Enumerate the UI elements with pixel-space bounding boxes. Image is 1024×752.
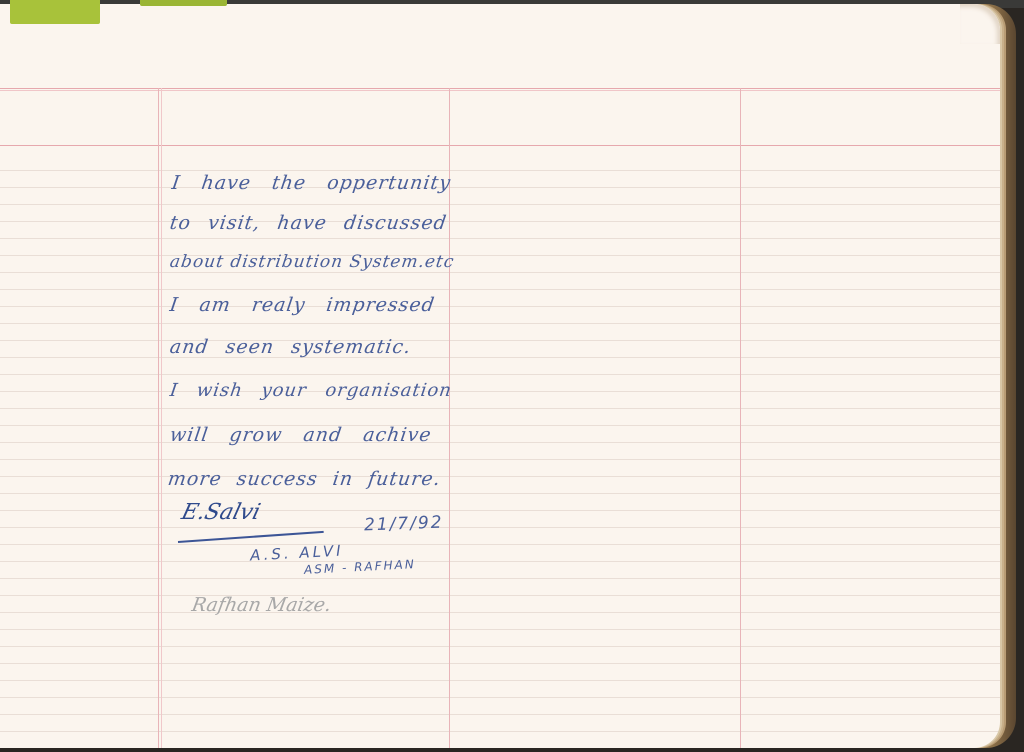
page-header-area	[0, 4, 1000, 148]
header-rule-bottom	[0, 145, 1000, 146]
entry-line: I wish your organisation	[169, 380, 454, 401]
header-rule-top-double	[0, 90, 1000, 91]
entry-line: I have the oppertunity	[170, 172, 452, 194]
ledger-page: I have the oppertunity to visit, have di…	[0, 4, 1000, 748]
entry-date: 21/7/92	[364, 513, 444, 536]
entry-line: more success in future.	[166, 468, 442, 490]
entry-line: and seen systematic.	[168, 336, 412, 358]
green-index-tab	[10, 0, 100, 24]
column-rule-1-double	[161, 88, 162, 748]
green-index-tab	[140, 0, 227, 6]
signature: E.Salvi	[179, 500, 263, 525]
column-rule-3	[740, 88, 741, 748]
entry-line: to visit, have discussed	[168, 212, 448, 234]
pencil-note: Rafhan Maize.	[190, 594, 333, 616]
entry-line: about distribution System.etc	[169, 252, 456, 272]
entry-line: will grow and achive	[168, 424, 433, 446]
column-rule-1	[158, 88, 159, 748]
entry-line: I am realy impressed	[168, 294, 436, 316]
header-rule-top	[0, 88, 1000, 89]
